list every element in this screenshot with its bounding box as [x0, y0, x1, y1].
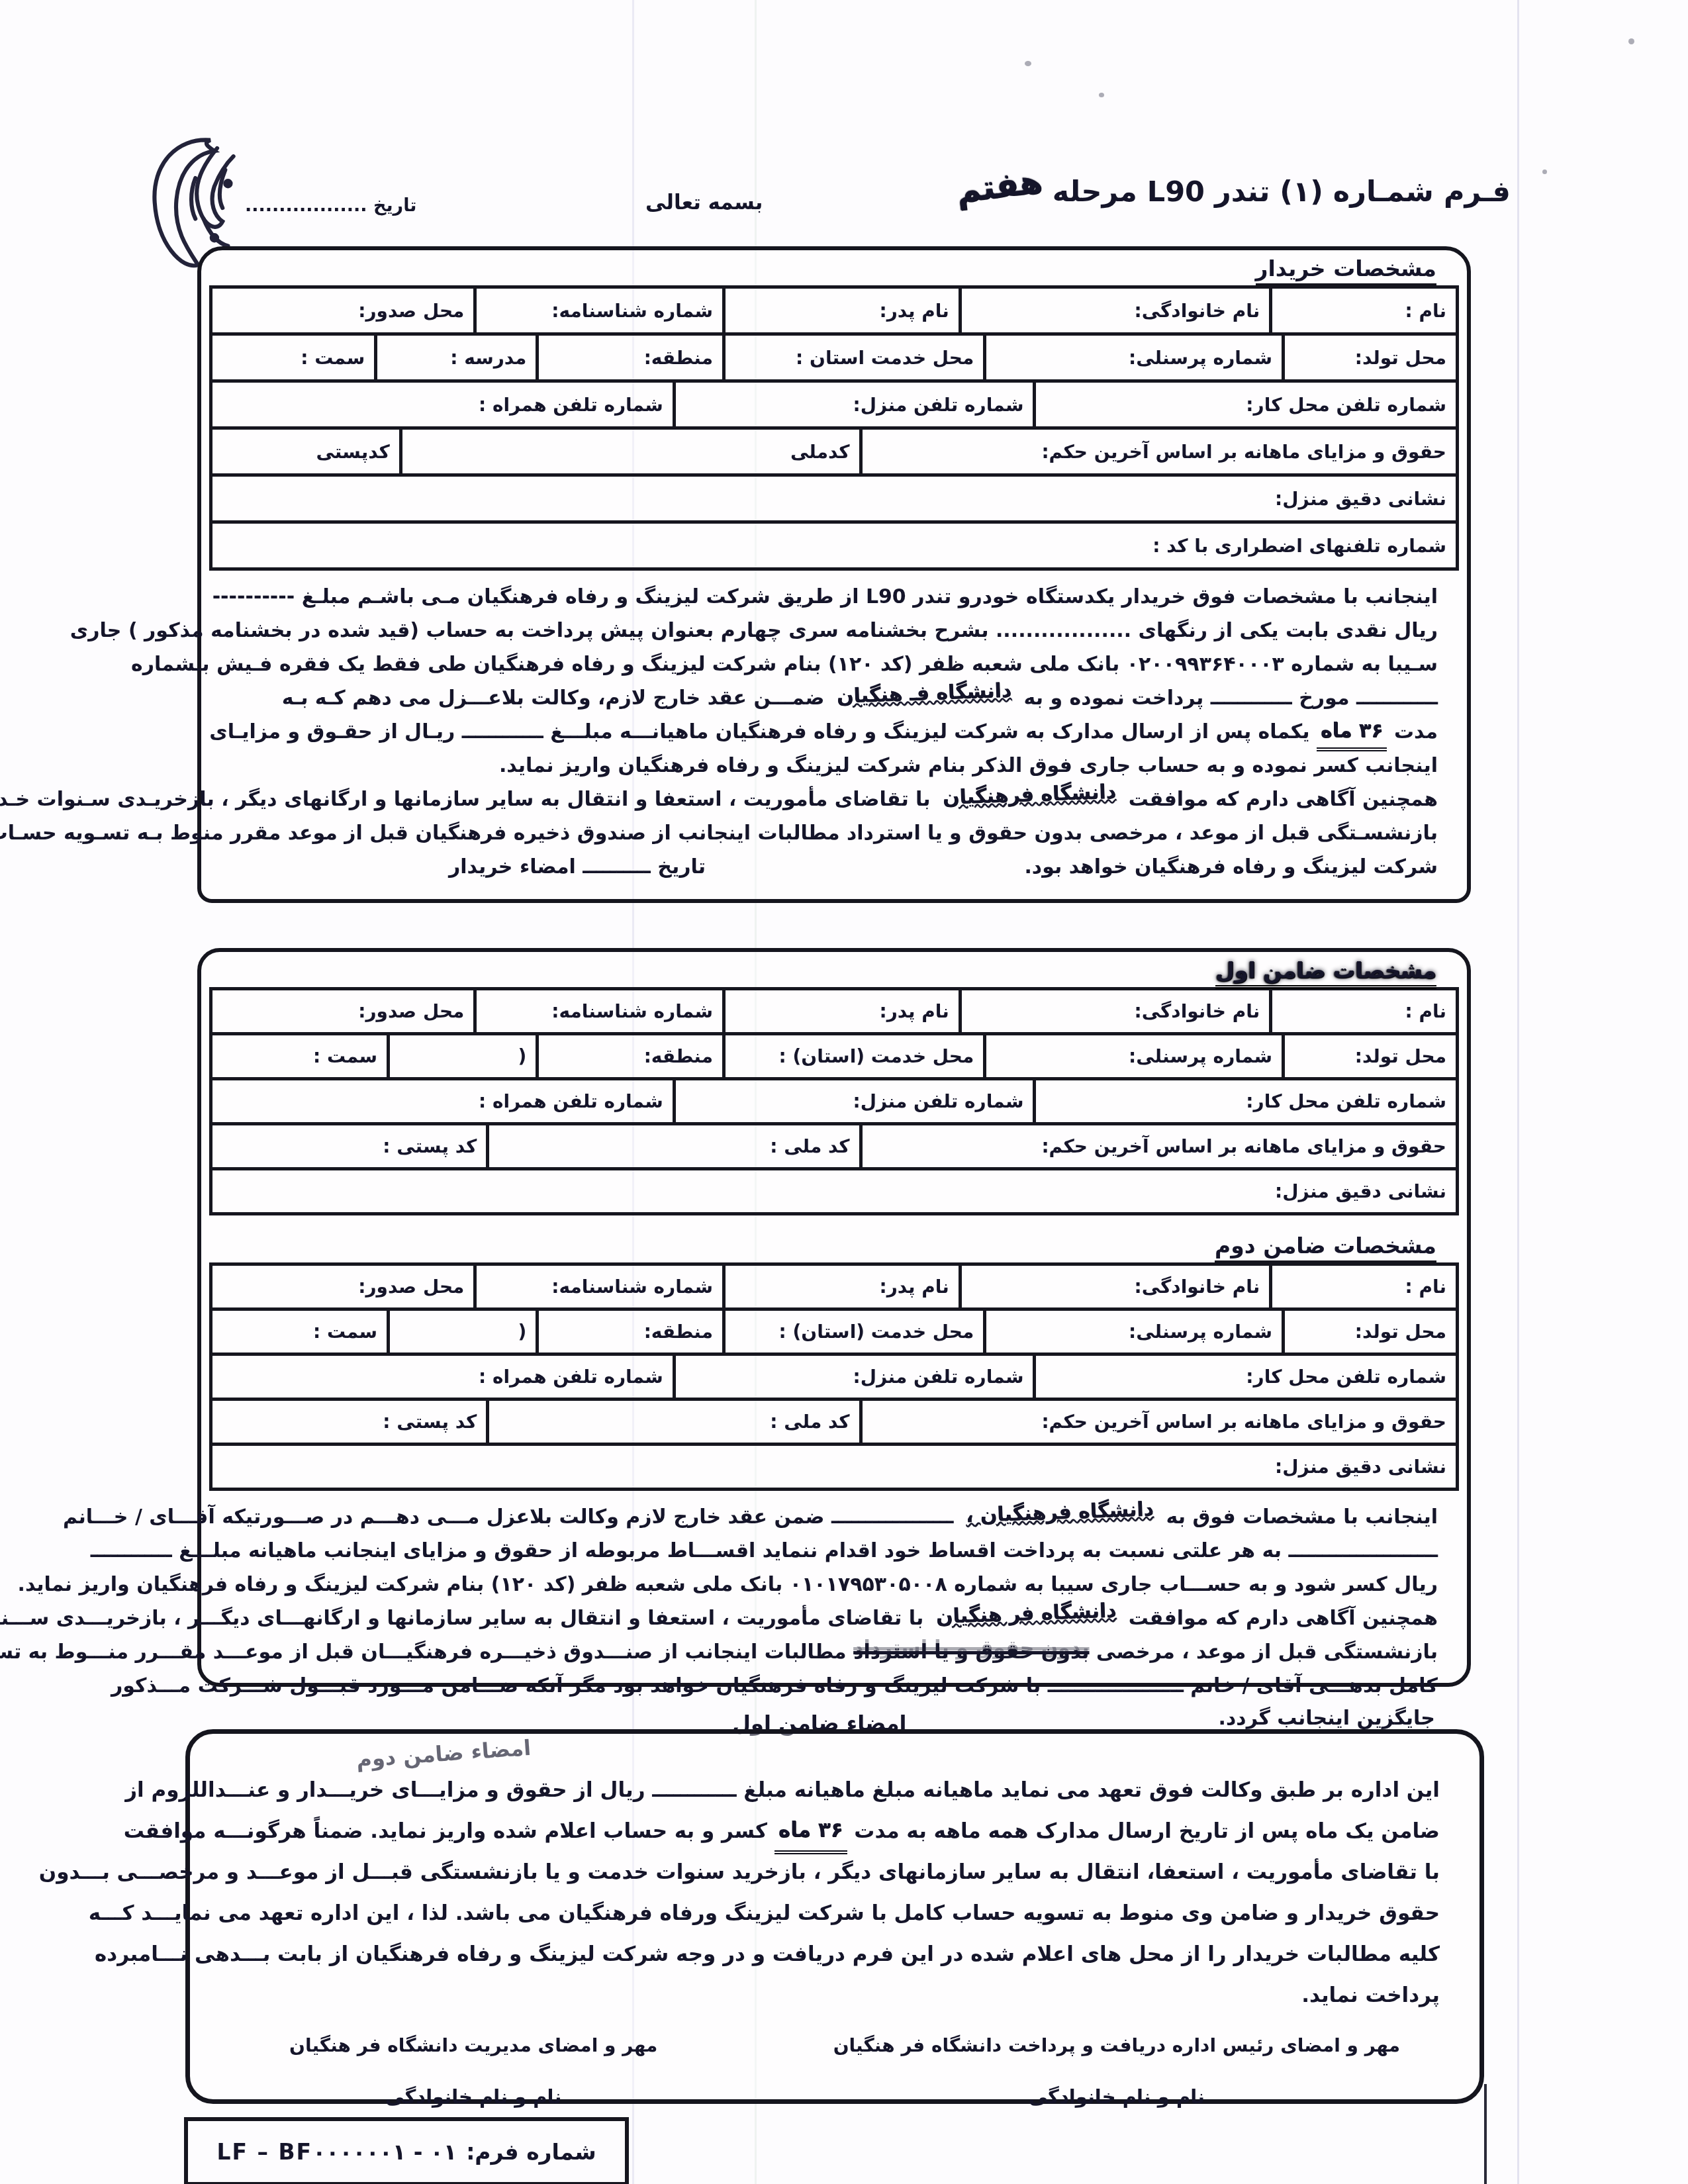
guarantor2-national-code-field: کد ملی :: [486, 1401, 859, 1443]
buyer-name-field: نام :: [1269, 289, 1456, 332]
handwritten-note: دانشگاه فر هنگیان: [930, 1593, 1122, 1634]
paragraph-line: سـیبا به شماره ۰۲۰۰۹۹۳۶۴۰۰۰۳ بانک ملی شع…: [230, 647, 1438, 681]
buyer-postal-code-field: کدپستی: [212, 430, 399, 473]
buyer-id-number-field: شماره شناسنامه:: [473, 289, 722, 332]
table-row: حقوق و مزایای ماهانه بر اساس آخرین حکم: …: [212, 426, 1456, 473]
scan-speck: [1542, 169, 1547, 174]
guarantor1-birth-place-field: محل تولد:: [1282, 1035, 1456, 1077]
paragraph-line: بازنشسـتگی قبل از موعد ، مرخصی بدون حقوق…: [230, 816, 1438, 850]
buyer-salary-field: حقوق و مزایای ماهانه بر اساس آخرین حکم:: [859, 430, 1456, 473]
table-row: نام : نام خانوادگی: نام پدر: شماره شناسن…: [212, 1266, 1456, 1307]
date-field: تاریخ ..................: [245, 195, 416, 216]
scan-speck: [1628, 38, 1634, 44]
table-row: نام : نام خانوادگی: نام پدر: شماره شناسن…: [212, 990, 1456, 1032]
guarantor2-issue-place-field: محل صدور:: [212, 1266, 473, 1307]
paragraph-line: این اداره بر طبق وکالت فوق تعهد می نماید…: [230, 1770, 1440, 1811]
guarantor2-home-address-field: نشانی دقیق منزل:: [212, 1446, 1456, 1488]
head-office-signature: مهر و امضای رئیس اداره دریافت و پرداخت د…: [833, 2034, 1400, 2108]
buyer-father-name-field: نام پدر:: [722, 289, 959, 332]
table-row: محل تولد: شماره پرسنلی: محل خدمت استان :…: [212, 332, 1456, 379]
guarantor1-home-phone-field: شماره تلفن منزل:: [673, 1080, 1033, 1122]
guarantor-declaration: اینجانب با مشخصات فوق به دانشگاه فرهنگیا…: [201, 1491, 1467, 1703]
paragraph-line: ریال نقدی بابت یکی از رنگهای ...........…: [230, 614, 1438, 647]
buyer-school-field: مدرسه :: [374, 336, 536, 379]
guarantor1-heading: مشخصات ضامن اول: [232, 957, 1436, 983]
paragraph-line: مدت ۳۶ ماه یکماه پس از ارسال مدارک به شر…: [230, 715, 1438, 749]
paragraph-line: کلیه مطالبات خریدار را از محل های اعلام …: [230, 1934, 1440, 1975]
buyer-table: نام : نام خانوادگی: نام پدر: شماره شناسن…: [209, 285, 1459, 571]
buyer-birth-place-field: محل تولد:: [1282, 336, 1456, 379]
guarantor2-father-name-field: نام پدر:: [722, 1266, 959, 1307]
guarantor2-position-field: سمت :: [212, 1311, 387, 1353]
buyer-national-code-field: کدملی: [399, 430, 859, 473]
guarantor2-family-name-field: نام خانوادگی:: [959, 1266, 1270, 1307]
paragraph-line: اینجانب کسر نموده و به حساب جاری فوق الذ…: [230, 749, 1438, 783]
office-undertaking-section: این اداره بر طبق وکالت فوق تعهد می نماید…: [185, 1729, 1484, 2104]
buyer-personnel-number-field: شماره پرسنلی:: [983, 336, 1282, 379]
paragraph-line: پرداخت نماید.: [230, 1975, 1440, 2016]
form-number-label: شماره فرم:: [466, 2139, 596, 2165]
paragraph-line: همچنین آگاهی دارم که موافقت دانشگاه فر ه…: [230, 1601, 1438, 1635]
guarantor1-district-field: منطقه:: [536, 1035, 722, 1077]
table-row: شماره تلفنهای اضطراری با کد :: [212, 520, 1456, 567]
handwritten-duration: ۳۶ ماه: [774, 1809, 847, 1854]
management-signature: مهر و امضای مدیریت دانشگاه فر هنگیان نام…: [289, 2034, 657, 2108]
signature-name-label: نام و نام خانوادگی: [289, 2085, 657, 2108]
guarantor2-personnel-number-field: شماره پرسنلی:: [983, 1311, 1282, 1353]
paragraph-line: جایگزین اینجانب گردد.: [1219, 1707, 1435, 1730]
paragraph-line: اینجانب با مشخصات فوق خریدار یکدستگاه خو…: [230, 580, 1438, 614]
paragraph-line: کامل بدهـــی آقای / خانم ـــــــــــــــ…: [230, 1669, 1438, 1703]
guarantor1-id-number-field: شماره شناسنامه:: [473, 990, 722, 1032]
handwritten-note: دانشگاه فرهنگیان ،: [960, 1492, 1160, 1533]
guarantor2-school-field: (: [387, 1311, 536, 1353]
table-row: حقوق و مزایای ماهانه بر اساس آخرین حکم: …: [212, 1398, 1456, 1443]
paragraph-line: ضامن یک ماه پس از تاریخ ارسال مدارک همه …: [230, 1811, 1440, 1852]
guarantor1-school-field: (: [387, 1035, 536, 1077]
table-row: حقوق و مزایای ماهانه بر اساس آخرین حکم: …: [212, 1122, 1456, 1167]
guarantor1-name-field: نام :: [1269, 990, 1456, 1032]
form-title-text: فـرم شمـاره (۱) تندر L90 مرحله: [1053, 175, 1511, 209]
guarantor2-id-number-field: شماره شناسنامه:: [473, 1266, 722, 1307]
scan-speck: [1099, 93, 1104, 97]
table-row: نام : نام خانوادگی: نام پدر: شماره شناسن…: [212, 289, 1456, 332]
buyer-position-field: سمت :: [212, 336, 374, 379]
guarantor1-family-name-field: نام خانوادگی:: [959, 990, 1270, 1032]
guarantor2-heading: مشخصات ضامن دوم: [232, 1233, 1436, 1258]
table-row: محل تولد: شماره پرسنلی: محل خدمت (استان)…: [212, 1032, 1456, 1077]
buyer-district-field: منطقه:: [536, 336, 722, 379]
signature-name-label: نام و نام خانوادگی: [833, 2085, 1400, 2108]
guarantor2-birth-place-field: محل تولد:: [1282, 1311, 1456, 1353]
table-row: شماره تلفن محل کار: شماره تلفن منزل: شما…: [212, 1353, 1456, 1398]
signature-title: مهر و امضای مدیریت دانشگاه فر هنگیان: [289, 2034, 657, 2056]
scanned-form-page: { "header": { "date": "تاریخ ...........…: [0, 0, 1688, 2184]
guarantor1-father-name-field: نام پدر:: [722, 990, 959, 1032]
handwritten-duration: ۳۶ ماه: [1317, 714, 1387, 751]
paragraph-line: با تقاضای مأموریت ، استعفا، انتقال به سا…: [230, 1852, 1440, 1893]
scan-line: [1517, 0, 1519, 2184]
guarantor2-salary-field: حقوق و مزایای ماهانه بر اساس آخرین حکم:: [859, 1401, 1456, 1443]
paragraph-line: ــــــــــــــــــــــ به هر علتی نسبت ب…: [230, 1534, 1438, 1568]
buyer-family-name-field: نام خانوادگی:: [959, 289, 1270, 332]
buyer-service-province-field: محل خدمت استان :: [722, 336, 983, 379]
guarantor1-service-province-field: محل خدمت (استان) :: [722, 1035, 983, 1077]
paragraph-line: اینجانب با مشخصات فوق به دانشگاه فرهنگیا…: [230, 1500, 1438, 1534]
guarantors-section: مشخصات ضامن اول نام : نام خانوادگی: نام …: [197, 948, 1471, 1687]
paragraph-line: بازنشستگی قبل از موعد ، مرخصی بدون حقوق …: [230, 1635, 1438, 1669]
guarantor2-postal-code-field: کد پستی :: [212, 1401, 486, 1443]
guarantor1-work-phone-field: شماره تلفن محل کار:: [1033, 1080, 1456, 1122]
form-title: فـرم شمـاره (۱) تندر L90 مرحله هفتم: [957, 171, 1511, 209]
form-number-box: شماره فرم: LF – BF۰۰۰۰۰۰۱ - ۰۱: [184, 2117, 629, 2184]
buyer-home-phone-field: شماره تلفن منزل:: [673, 383, 1033, 426]
buyer-signature-label: تاریخ ــــــــــ امضاء خریدار: [449, 850, 706, 884]
scribbled-text: بدون حقوق و یا استرداد: [853, 1640, 1089, 1664]
guarantor2-mobile-phone-field: شماره تلفن همراه :: [212, 1356, 673, 1398]
scan-line: [1484, 2084, 1487, 2184]
table-row: نشانی دقیق منزل:: [212, 1167, 1456, 1212]
buyer-emergency-phones-field: شماره تلفنهای اضطراری با کد :: [212, 524, 1456, 567]
buyer-heading: مشخصات خریدار: [232, 256, 1436, 281]
guarantor1-mobile-phone-field: شماره تلفن همراه :: [212, 1080, 673, 1122]
table-row: شماره تلفن محل کار: شماره تلفن منزل: شما…: [212, 1077, 1456, 1122]
stage-handwritten: هفتم: [954, 162, 1044, 210]
guarantor1-table: نام : نام خانوادگی: نام پدر: شماره شناسن…: [209, 987, 1459, 1215]
signature-title: مهر و امضای رئیس اداره دریافت و پرداخت د…: [833, 2034, 1400, 2056]
guarantor2-home-phone-field: شماره تلفن منزل:: [673, 1356, 1033, 1398]
paragraph-line: شرکت لیزینگ و رفاه فرهنگیان خواهد بود.تا…: [230, 850, 1438, 884]
guarantor2-work-phone-field: شماره تلفن محل کار:: [1033, 1356, 1456, 1398]
handwritten-note: دانشگاه فرهنگیان: [937, 775, 1122, 815]
besmellah-text: بسمه تعالی: [645, 191, 763, 214]
buyer-issue-place-field: محل صدور:: [212, 289, 473, 332]
office-signature-area: مهر و امضای رئیس اداره دریافت و پرداخت د…: [190, 2016, 1479, 2108]
guarantor1-personnel-number-field: شماره پرسنلی:: [983, 1035, 1282, 1077]
scan-speck: [1025, 61, 1031, 66]
buyer-work-phone-field: شماره تلفن محل کار:: [1033, 383, 1456, 426]
paragraph-line: همچنین آگاهی دارم که موافقت دانشگاه فرهن…: [230, 783, 1438, 816]
office-declaration: این اداره بر طبق وکالت فوق تعهد می نماید…: [190, 1734, 1479, 2016]
guarantor1-salary-field: حقوق و مزایای ماهانه بر اساس آخرین حکم:: [859, 1125, 1456, 1167]
guarantor1-home-address-field: نشانی دقیق منزل:: [212, 1170, 1456, 1212]
buyer-declaration: اینجانب با مشخصات فوق خریدار یکدستگاه خو…: [201, 571, 1467, 884]
guarantor1-postal-code-field: کد پستی :: [212, 1125, 486, 1167]
guarantor2-district-field: منطقه:: [536, 1311, 722, 1353]
table-row: محل تولد: شماره پرسنلی: محل خدمت (استان)…: [212, 1307, 1456, 1353]
paragraph-line: ریال کسر شود و به حســـاب جاری سیبا به ش…: [230, 1568, 1438, 1601]
guarantor1-position-field: سمت :: [212, 1035, 387, 1077]
guarantor1-national-code-field: کد ملی :: [486, 1125, 859, 1167]
form-number-value: LF – BF۰۰۰۰۰۰۱ - ۰۱: [216, 2139, 457, 2165]
buyer-section: مشخصات خریدار نام : نام خانوادگی: نام پد…: [197, 246, 1471, 903]
guarantor2-service-province-field: محل خدمت (استان) :: [722, 1311, 983, 1353]
guarantor1-issue-place-field: محل صدور:: [212, 990, 473, 1032]
guarantor2-name-field: نام :: [1269, 1266, 1456, 1307]
table-row: نشانی دقیق منزل:: [212, 1443, 1456, 1488]
paragraph-line: ــــــــــــ مورخ ــــــــــــ پرداخت نم…: [230, 681, 1438, 715]
buyer-home-address-field: نشانی دقیق منزل:: [212, 477, 1456, 520]
table-row: شماره تلفن محل کار: شماره تلفن منزل: شما…: [212, 379, 1456, 426]
paragraph-line: حقوق خریدار و ضامن وی منوط به تسویه حساب…: [230, 1893, 1440, 1934]
table-row: نشانی دقیق منزل:: [212, 473, 1456, 520]
handwritten-note: دانشگاه فـ هنگیان: [831, 673, 1017, 714]
buyer-mobile-phone-field: شماره تلفن همراه :: [212, 383, 673, 426]
guarantor2-table: نام : نام خانوادگی: نام پدر: شماره شناسن…: [209, 1262, 1459, 1491]
